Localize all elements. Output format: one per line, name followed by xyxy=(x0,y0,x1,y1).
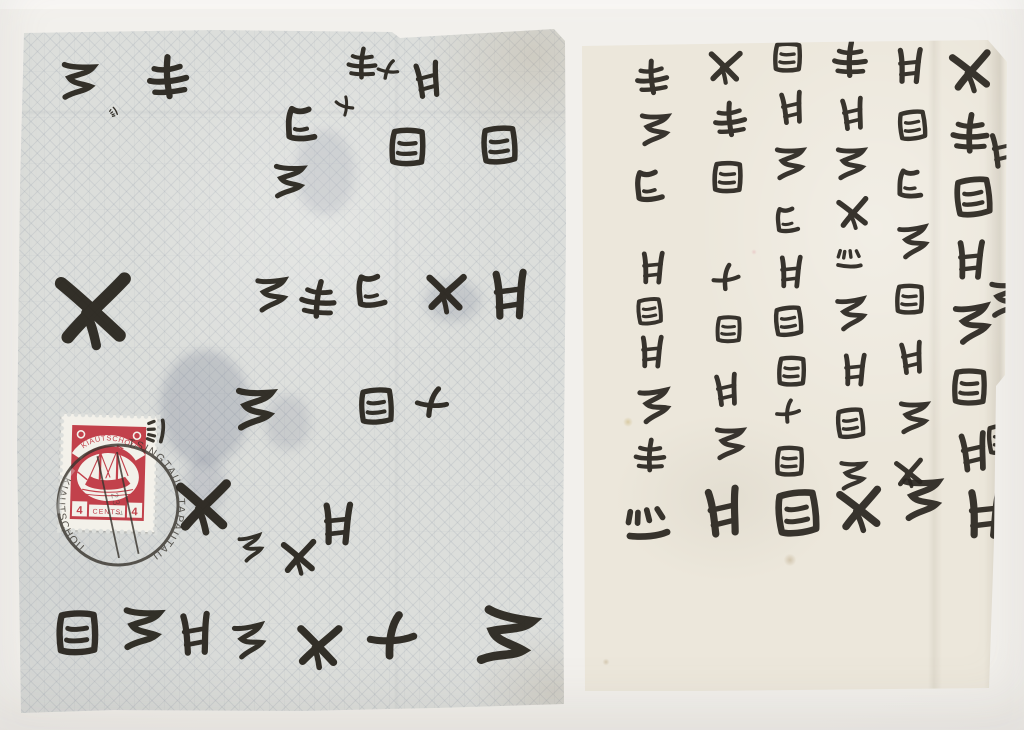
envelope xyxy=(14,26,570,716)
envelope-crease xyxy=(14,26,570,716)
letter-sheet xyxy=(576,28,1012,696)
stamp-design: KIAUTSCHOU 4 4 CENTS xyxy=(66,421,151,525)
stamp-denomination-unit: CENTS xyxy=(93,509,122,517)
kiautschou-stamp: KIAUTSCHOU 4 4 CENTS xyxy=(58,414,157,532)
photo-scene: KIAUTSCHOU 4 4 CENTS xyxy=(0,0,1024,730)
